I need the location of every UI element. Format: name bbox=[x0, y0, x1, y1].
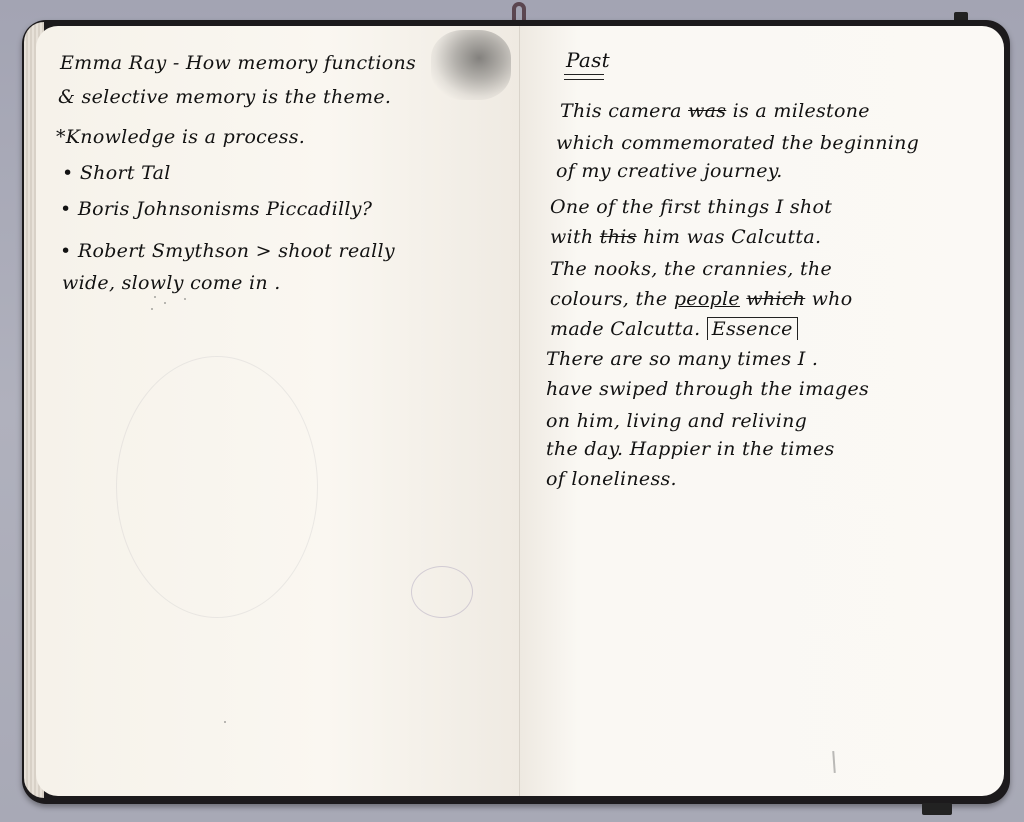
ink-speck bbox=[164, 302, 166, 304]
note-line: • Boris Johnsonisms Piccadilly? bbox=[60, 198, 372, 220]
note-line: wide, slowly come in . bbox=[62, 272, 281, 294]
journal-line: the day. Happier in the times bbox=[546, 438, 835, 460]
heading-double-underline bbox=[564, 74, 604, 80]
note-line: • Robert Smythson > shoot really bbox=[60, 240, 395, 262]
journal-line: There are so many times I . bbox=[546, 348, 818, 370]
note-line: Emma Ray - How memory functions bbox=[60, 52, 416, 74]
ink-smudge bbox=[431, 30, 511, 100]
journal-line: of my creative journey. bbox=[556, 160, 783, 182]
elastic-strap-bottom bbox=[922, 803, 952, 815]
ink-speck bbox=[224, 721, 226, 723]
ink-speck bbox=[154, 296, 156, 298]
note-line: • Short Tal bbox=[62, 162, 171, 184]
ink-speck bbox=[184, 298, 186, 300]
journal-line: made Calcutta. Essence bbox=[550, 318, 798, 340]
page-heading: Past bbox=[566, 48, 610, 72]
journal-line: of loneliness. bbox=[546, 468, 677, 490]
journal-line: The nooks, the crannies, the bbox=[550, 258, 832, 280]
left-page: Emma Ray - How memory functions & select… bbox=[36, 26, 520, 796]
faint-sketch bbox=[411, 566, 473, 618]
right-page: Past This camera was is a milestone whic… bbox=[520, 26, 1004, 796]
journal-line: This camera was is a milestone bbox=[560, 100, 870, 122]
journal-line: colours, the people which who bbox=[550, 288, 852, 310]
journal-line: on him, living and reliving bbox=[546, 410, 807, 432]
ink-speck bbox=[151, 308, 153, 310]
journal-line: which commemorated the beginning bbox=[556, 132, 919, 154]
note-line: *Knowledge is a process. bbox=[56, 126, 305, 148]
journal-line: One of the first things I shot bbox=[550, 196, 832, 218]
boxed-word: Essence bbox=[707, 317, 798, 340]
note-line: & selective memory is the theme. bbox=[58, 86, 391, 108]
faint-sketch bbox=[116, 356, 318, 618]
journal-line: with this him was Calcutta. bbox=[550, 226, 821, 248]
pencil-mark bbox=[832, 751, 836, 773]
journal-line: have swiped through the images bbox=[546, 378, 869, 400]
